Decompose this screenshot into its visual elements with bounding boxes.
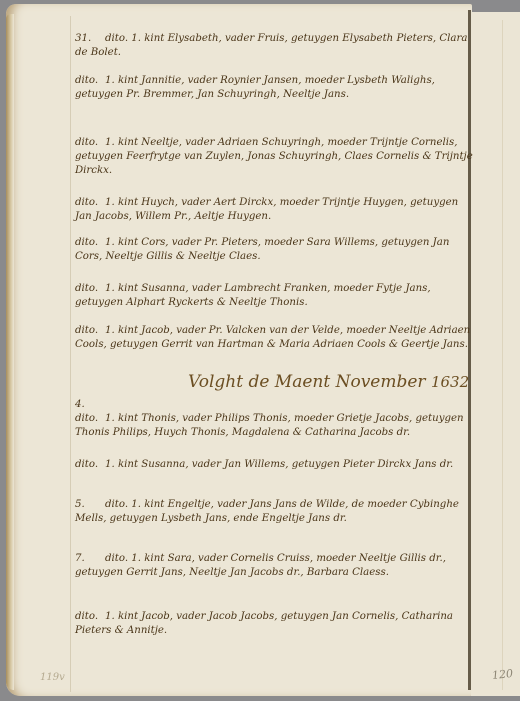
section-heading: Volght de Maent November 1632 bbox=[188, 372, 469, 392]
entry-text: 1. kint Susanna, vader Lambrecht Franken… bbox=[75, 283, 431, 308]
entry-date-label: 4. dito. bbox=[75, 398, 105, 426]
entry-text: 1. kint Jannitie, vader Roynier Jansen, … bbox=[75, 75, 435, 100]
register-entry: dito.1. kint Susanna, vader Jan Willems,… bbox=[75, 458, 475, 472]
entry-text: 1. kint Susanna, vader Jan Willems, getu… bbox=[105, 459, 453, 470]
heading-text: Volght de Maent November bbox=[188, 372, 426, 392]
entry-text: 1. kint Jacob, vader Jacob Jacobs, getuy… bbox=[75, 611, 453, 636]
entry-text: dito. 1. kint Elysabeth, vader Fruis, ge… bbox=[75, 33, 467, 58]
facing-page-rule bbox=[502, 20, 503, 690]
entry-date-label: dito. bbox=[75, 196, 105, 210]
entry-date-label: dito. bbox=[75, 282, 105, 296]
entry-date-label: 31. bbox=[75, 32, 105, 46]
margin-rule bbox=[70, 16, 71, 692]
register-entry: dito.1. kint Susanna, vader Lambrecht Fr… bbox=[75, 282, 475, 310]
entry-date-label: dito. bbox=[75, 236, 105, 250]
entry-date-label: dito. bbox=[75, 458, 105, 472]
register-entry: dito.1. kint Neeltje, vader Adriaen Schu… bbox=[75, 136, 475, 178]
register-entry: dito.1. kint Huych, vader Aert Dirckx, m… bbox=[75, 196, 475, 224]
entry-text: 1. kint Cors, vader Pr. Pieters, moeder … bbox=[75, 237, 449, 262]
entry-date-label: dito. bbox=[75, 324, 105, 338]
entry-text: 1. kint Jacob, vader Pr. Valcken van der… bbox=[75, 325, 470, 350]
register-entry: 7.dito. 1. kint Sara, vader Cornelis Cru… bbox=[75, 552, 475, 580]
entry-text: 1. kint Huych, vader Aert Dirckx, moeder… bbox=[75, 197, 458, 222]
entry-date-label: dito. bbox=[75, 610, 105, 624]
register-entry: dito.1. kint Jannitie, vader Roynier Jan… bbox=[75, 74, 475, 102]
register-entry: 5.dito. 1. kint Engeltje, vader Jans Jan… bbox=[75, 498, 475, 526]
entry-text: 1. kint Thonis, vader Philips Thonis, mo… bbox=[75, 413, 464, 438]
register-entry: 4. dito.1. kint Thonis, vader Philips Th… bbox=[75, 398, 475, 440]
folio-number: 120 bbox=[491, 667, 513, 682]
page-edge-stack bbox=[6, 14, 14, 690]
margin-folio-note: 119v bbox=[40, 672, 65, 683]
entry-text: dito. 1. kint Sara, vader Cornelis Cruis… bbox=[75, 553, 446, 578]
entry-date-label: 7. bbox=[75, 552, 105, 566]
facing-page bbox=[471, 12, 520, 696]
entry-date-label: dito. bbox=[75, 136, 105, 150]
register-entry: dito.1. kint Jacob, vader Pr. Valcken va… bbox=[75, 324, 475, 352]
heading-year: 1632 bbox=[431, 373, 469, 391]
entry-text: dito. 1. kint Engeltje, vader Jans Jans … bbox=[75, 499, 459, 524]
register-entry: dito.1. kint Jacob, vader Jacob Jacobs, … bbox=[75, 610, 475, 638]
entry-text: 1. kint Neeltje, vader Adriaen Schuyring… bbox=[75, 137, 473, 176]
register-entry: 31.dito. 1. kint Elysabeth, vader Fruis,… bbox=[75, 32, 475, 60]
register-entry: dito.1. kint Cors, vader Pr. Pieters, mo… bbox=[75, 236, 475, 264]
entry-date-label: 5. bbox=[75, 498, 105, 512]
entry-date-label: dito. bbox=[75, 74, 105, 88]
